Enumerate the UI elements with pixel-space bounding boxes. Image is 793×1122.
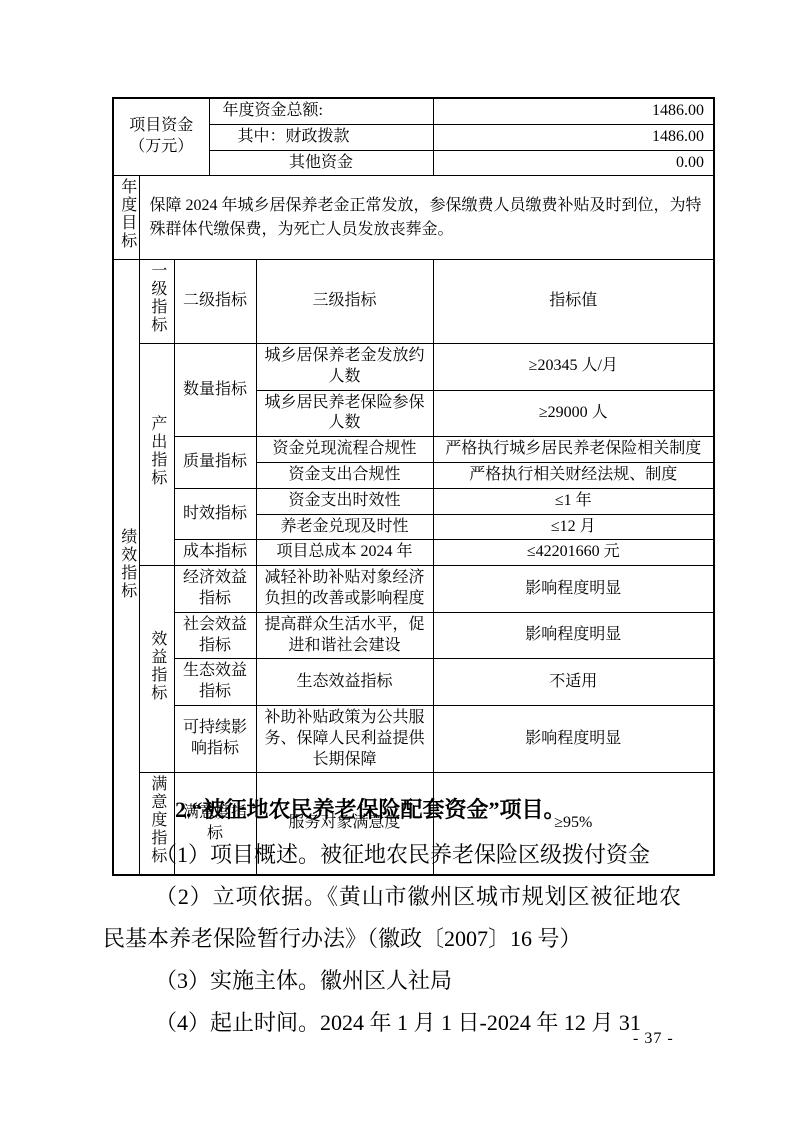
table-row: 绩效指标 一级指标 二级指标 三级指标 指标值	[113, 260, 714, 344]
indicator-name: 提高群众生活水平，促进和谐社会建设	[256, 612, 433, 659]
indicator-name: 资金兑现流程合规性	[256, 437, 433, 463]
indicator-value: 影响程度明显	[433, 705, 714, 772]
sub-cost-label: 成本指标	[174, 540, 256, 566]
group-output-cell: 产出指标	[139, 343, 174, 565]
paragraph-basis: （2）立项依据。《黄山市徽州区城市规划区被征地农民基本养老保险暂行办法》（徽政〔…	[103, 876, 681, 960]
table-row: 产出指标 数量指标 城乡居保养老金发放约人数 ≥20345 人/月	[113, 343, 714, 390]
indicator-value: ≤1 年	[433, 488, 714, 514]
sub-economic-label: 经济效益指标	[174, 566, 256, 613]
funds-total-value: 1486.00	[433, 98, 714, 124]
indicator-value: 影响程度明显	[433, 612, 714, 659]
funds-header-line1: 项目资金	[118, 116, 205, 137]
table-row: 项目资金 （万元） 年度资金总额: 1486.00	[113, 98, 714, 124]
performance-table: 项目资金 （万元） 年度资金总额: 1486.00 其中：财政拨款 1486.0…	[112, 97, 715, 876]
annual-goal-label: 年度目标	[118, 178, 135, 250]
annual-goal-label-cell: 年度目标	[113, 176, 139, 260]
funds-header-cell: 项目资金 （万元）	[113, 98, 209, 176]
sub-quality-label: 质量指标	[174, 437, 256, 489]
funds-other-value: 0.00	[433, 150, 714, 176]
table-row: 年度目标 保障 2024 年城乡居保养老金正常发放，参保缴费人员缴费补贴及时到位…	[113, 176, 714, 260]
indicator-name: 减轻补助补贴对象经济负担的改善或影响程度	[256, 566, 433, 613]
level1-header: 一级指标	[148, 262, 165, 334]
funds-other-label: 其他资金	[209, 150, 433, 176]
body-text-block: 2.“被征地农民养老保险配套资金”项目。 （1）项目概述。被征地农民养老保险区级…	[103, 789, 681, 1044]
section-heading: 2.“被征地农民养老保险配套资金”项目。	[103, 789, 681, 831]
table-row: 质量指标 资金兑现流程合规性 严格执行城乡居民养老保险相关制度	[113, 437, 714, 463]
perf-side-label-cell: 绩效指标	[113, 260, 139, 875]
table-row: 效益指标 经济效益指标 减轻补助补贴对象经济负担的改善或影响程度 影响程度明显	[113, 566, 714, 613]
indicator-name: 生态效益指标	[256, 659, 433, 706]
perf-side-label: 绩效指标	[118, 528, 135, 600]
funds-header-line2: （万元）	[118, 137, 205, 158]
funds-fiscal-value: 1486.00	[433, 124, 714, 150]
funds-fiscal-label: 其中：财政拨款	[209, 124, 433, 150]
table-row: 成本指标 项目总成本 2024 年 ≤42201660 元	[113, 540, 714, 566]
indicator-value: ≤12 月	[433, 514, 714, 540]
indicator-name: 补助补贴政策为公共服务、保障人民利益提供长期保障	[256, 705, 433, 772]
indicator-value: 不适用	[433, 659, 714, 706]
sub-quantity-label: 数量指标	[174, 343, 256, 436]
group-benefit-label: 效益指标	[148, 630, 165, 702]
sub-sustainable-label: 可持续影响指标	[174, 705, 256, 772]
table-row: 生态效益指标 生态效益指标 不适用	[113, 659, 714, 706]
group-benefit-cell: 效益指标	[139, 566, 174, 773]
funds-total-label: 年度资金总额:	[209, 98, 433, 124]
indicator-value: ≥20345 人/月	[433, 343, 714, 390]
value-header: 指标值	[433, 260, 714, 344]
paragraph-duration: （4）起止时间。2024 年 1 月 1 日-2024 年 12 月 31	[103, 1002, 681, 1044]
sub-social-label: 社会效益指标	[174, 612, 256, 659]
indicator-name: 项目总成本 2024 年	[256, 540, 433, 566]
table-row: 社会效益指标 提高群众生活水平，促进和谐社会建设 影响程度明显	[113, 612, 714, 659]
sub-ecological-label: 生态效益指标	[174, 659, 256, 706]
indicator-name: 城乡居民养老保险参保人数	[256, 390, 433, 437]
indicator-value: 影响程度明显	[433, 566, 714, 613]
indicator-name: 城乡居保养老金发放约人数	[256, 343, 433, 390]
group-output-label: 产出指标	[148, 415, 165, 487]
annual-goal-text: 保障 2024 年城乡居保养老金正常发放，参保缴费人员缴费补贴及时到位，为特殊群…	[139, 176, 714, 260]
indicator-value: 严格执行相关财经法规、制度	[433, 462, 714, 488]
indicator-name: 资金支出合规性	[256, 462, 433, 488]
sub-timeliness-label: 时效指标	[174, 488, 256, 540]
indicator-value: ≥29000 人	[433, 390, 714, 437]
document-page: 项目资金 （万元） 年度资金总额: 1486.00 其中：财政拨款 1486.0…	[0, 0, 793, 1122]
level1-header-cell: 一级指标	[139, 260, 174, 344]
paragraph-overview: （1）项目概述。被征地农民养老保险区级拨付资金	[103, 834, 681, 876]
page-number: - 37 -	[633, 1030, 674, 1048]
indicator-value: ≤42201660 元	[433, 540, 714, 566]
indicator-name: 养老金兑现及时性	[256, 514, 433, 540]
level2-header: 二级指标	[174, 260, 256, 344]
paragraph-implementer: （3）实施主体。徽州区人社局	[103, 960, 681, 1002]
table-row: 可持续影响指标 补助补贴政策为公共服务、保障人民利益提供长期保障 影响程度明显	[113, 705, 714, 772]
table-row: 时效指标 资金支出时效性 ≤1 年	[113, 488, 714, 514]
level3-header: 三级指标	[256, 260, 433, 344]
indicator-value: 严格执行城乡居民养老保险相关制度	[433, 437, 714, 463]
indicator-name: 资金支出时效性	[256, 488, 433, 514]
